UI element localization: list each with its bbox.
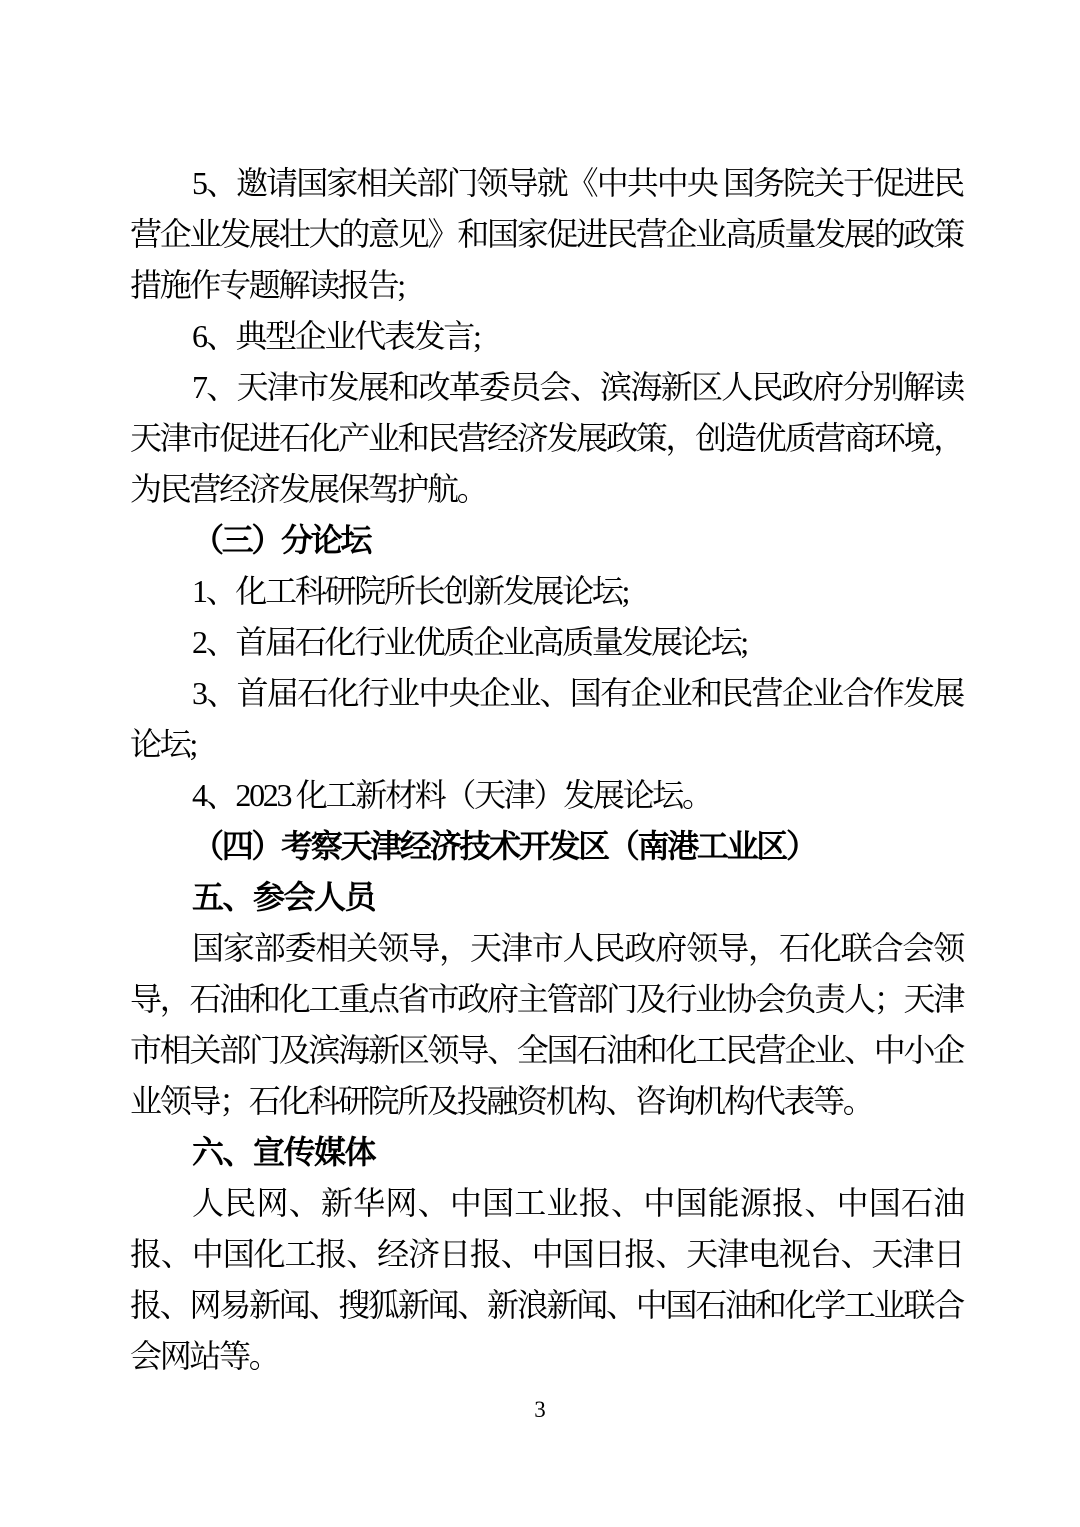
forum-item-1: 1、化工科研院所长创新发展论坛;	[130, 566, 963, 617]
document-body: 5、邀请国家相关部门领导就《中共中央 国务院关于促进民营企业发展壮大的意见》和国…	[130, 158, 963, 1382]
media-text: 人民网、新华网、中国工业报、中国能源报、中国石油报、中国化工报、经济日报、中国日…	[130, 1178, 963, 1382]
forum-item-3: 3、首届石化行业中央企业、国有企业和民营企业合作发展论坛;	[130, 668, 963, 770]
participants-text: 国家部委相关领导，天津市人民政府领导，石化联合会领导，石油和化工重点省市政府主管…	[130, 923, 963, 1127]
item-5: 5、邀请国家相关部门领导就《中共中央 国务院关于促进民营企业发展壮大的意见》和国…	[130, 158, 963, 311]
forum-item-4: 4、2023 化工新材料（天津）发展论坛。	[130, 770, 963, 821]
item-7: 7、天津市发展和改革委员会、滨海新区人民政府分别解读天津市促进石化产业和民营经济…	[130, 362, 963, 515]
document-page: 5、邀请国家相关部门领导就《中共中央 国务院关于促进民营企业发展壮大的意见》和国…	[0, 0, 1080, 1527]
section-heading-4: （四）考察天津经济技术开发区（南港工业区）	[130, 821, 963, 872]
section-heading-5: 五、参会人员	[130, 872, 963, 923]
page-number: 3	[0, 1396, 1080, 1424]
item-6: 6、典型企业代表发言;	[130, 311, 963, 362]
forum-item-2: 2、首届石化行业优质企业高质量发展论坛;	[130, 617, 963, 668]
section-heading-6: 六、宣传媒体	[130, 1127, 963, 1178]
section-heading-3: （三）分论坛	[130, 515, 963, 566]
